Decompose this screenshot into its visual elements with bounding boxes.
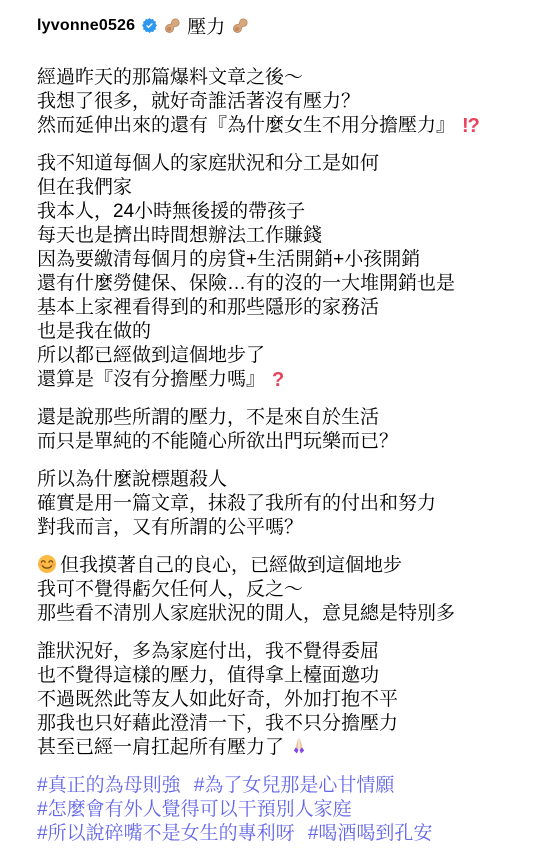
caption-line: 對我而言，又有所謂的公平嗎？ — [37, 517, 303, 538]
caption-line: 但我摸著自己的良心，已經做到這個地步 — [60, 555, 402, 576]
caption-line: 因為要繳清每個月的房貸+生活開銷+小孩開銷 — [37, 249, 420, 270]
caption-line: 我想了很多，就好奇誰活著沒有壓力？ — [37, 91, 360, 112]
caption-line: 確實是用一篇文章，抹殺了我所有的付出和努力 — [37, 493, 436, 514]
hashtag-block: #真正的為母則強 #為了女兒那是心甘情願 #怎麼會有外人覺得可以干預別人家庭 #… — [37, 774, 520, 846]
paragraph: 誰狀況好，多為家庭付出，我不覺得委屈 也不覺得這樣的壓力，值得拿上檯面邀功 不過… — [37, 640, 520, 760]
verified-badge-icon — [142, 18, 157, 33]
caption-line: 我本人，24小時無後援的帶孩子 — [37, 201, 305, 222]
caption-line: 每天也是擠出時間想辦法工作賺錢 — [37, 225, 322, 246]
folded-hands-emoji — [289, 736, 309, 756]
hashtag-link[interactable]: #所以說碎嘴不是女生的專利呀 — [37, 823, 295, 844]
username[interactable]: lyvonne0526 — [37, 17, 135, 35]
caption-line: 然而延伸出來的還有『為什麼女生不用分擔壓力』 — [37, 115, 455, 136]
caption-line: 還算是『沒有分擔壓力嗎』 — [37, 369, 265, 390]
peanut-emoji — [162, 16, 182, 36]
caption-line: 我可不覺得虧欠任何人，反之～ — [37, 579, 303, 600]
post-header: lyvonne0526 壓力 — [37, 12, 520, 39]
caption-line: 那我也只好藉此澄清一下，我不只分擔壓力 — [37, 713, 398, 734]
caption-line: 還有什麼勞健保、保險…有的沒的一大堆開銷也是 — [37, 273, 455, 294]
caption-line: 也是我在做的 — [37, 321, 151, 342]
hashtag-link[interactable]: #為了女兒那是心甘情願 — [194, 775, 395, 796]
caption-line: 所以都已經做到這個地步了 — [37, 345, 265, 366]
caption-line: 甚至已經一肩扛起所有壓力了 — [37, 737, 284, 758]
caption-line: 但在我們家 — [37, 177, 132, 198]
paragraph: 但我摸著自己的良心，已經做到這個地步 我可不覺得虧欠任何人，反之～ 那些看不清別… — [37, 554, 520, 626]
paragraph: 所以為什麼說標題殺人 確實是用一篇文章，抹殺了我所有的付出和努力 對我而言，又有… — [37, 468, 520, 540]
post-title: 壓力 — [187, 12, 225, 39]
caption-line: 所以為什麼說標題殺人 — [37, 469, 227, 490]
hashtag-link[interactable]: #喝酒喝到孔安 — [308, 823, 433, 844]
interrobang-emoji: !? — [462, 115, 479, 137]
hashtag-link[interactable]: #怎麼會有外人覺得可以干預別人家庭 — [37, 799, 352, 820]
question-mark-emoji: ? — [272, 369, 283, 391]
caption-line: 經過昨天的那篇爆料文章之後～ — [37, 67, 303, 88]
paragraph: 還是說那些所謂的壓力，不是來自於生活 而只是單純的不能隨心所欲出門玩樂而已？ — [37, 406, 520, 454]
smiling-face-emoji — [37, 554, 57, 574]
caption-line: 也不覺得這樣的壓力，值得拿上檯面邀功 — [37, 665, 379, 686]
hashtag-link[interactable]: #真正的為母則強 — [37, 775, 181, 796]
peanut-emoji — [230, 16, 250, 36]
caption-line: 還是說那些所謂的壓力，不是來自於生活 — [37, 407, 379, 428]
caption-line: 誰狀況好，多為家庭付出，我不覺得委屈 — [37, 641, 379, 662]
caption-line: 不過既然此等友人如此好奇，外加打抱不平 — [37, 689, 398, 710]
paragraph: 我不知道每個人的家庭狀況和分工是如何 但在我們家 我本人，24小時無後援的帶孩子… — [37, 152, 520, 392]
caption-line: 而只是單純的不能隨心所欲出門玩樂而已？ — [37, 431, 398, 452]
caption-line: 那些看不清別人家庭狀況的閒人，意見總是特別多 — [37, 603, 455, 624]
caption-line: 我不知道每個人的家庭狀況和分工是如何 — [37, 153, 379, 174]
paragraph: 經過昨天的那篇爆料文章之後～ 我想了很多，就好奇誰活著沒有壓力？ 然而延伸出來的… — [37, 66, 520, 138]
caption-line: 基本上家裡看得到的和那些隱形的家務活 — [37, 297, 379, 318]
post-caption: lyvonne0526 壓力 — [0, 0, 550, 846]
